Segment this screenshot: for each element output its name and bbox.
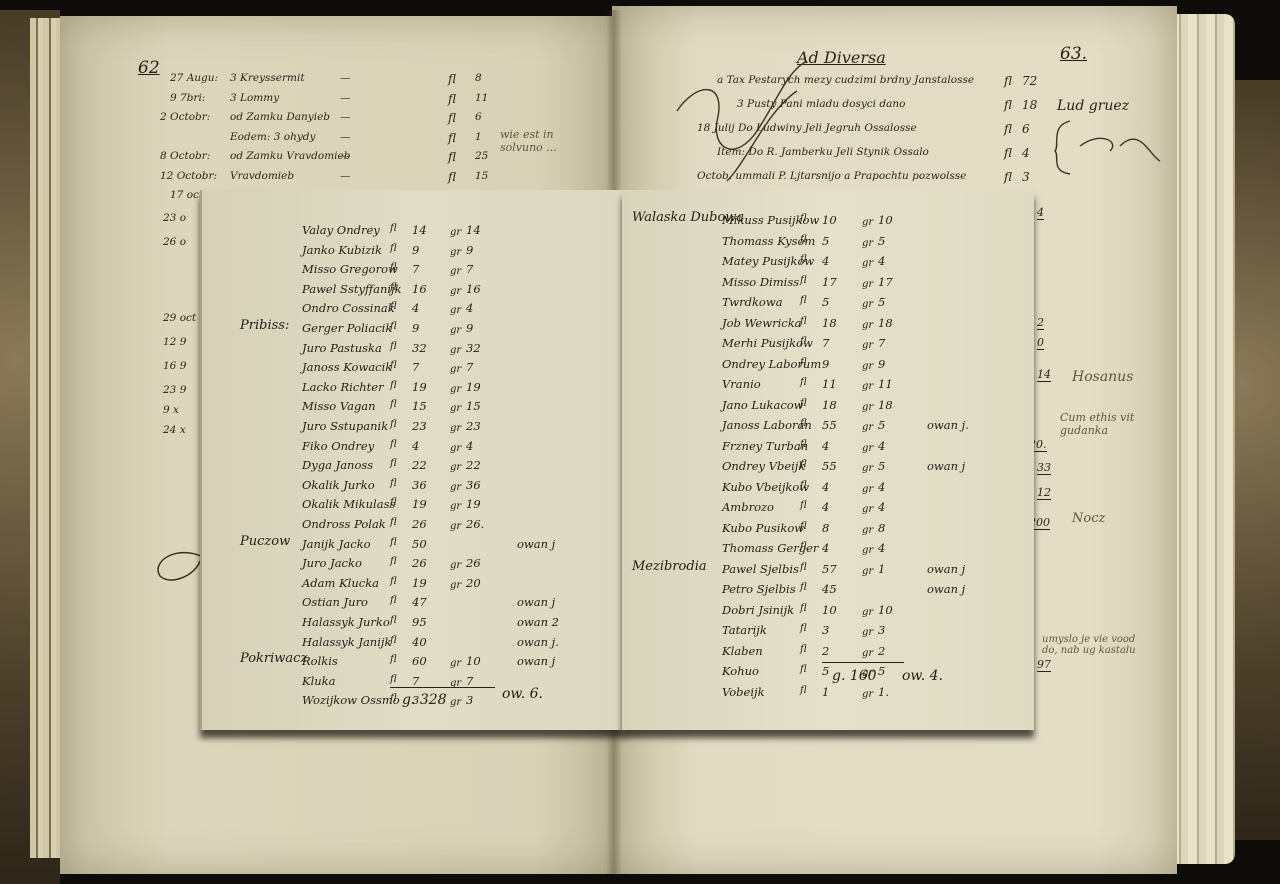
groschen-symbol: gr xyxy=(450,501,461,512)
groschen-symbol: gr xyxy=(862,361,873,372)
ledger-amount: 25 xyxy=(475,150,488,162)
table-row: Misso Vaganfl15gr15 xyxy=(302,399,632,418)
table-row: Lacko Richterfl19gr19 xyxy=(302,380,632,399)
owed-note: owan j. xyxy=(927,418,969,432)
table-row: Juro Pastuskafl32gr32 xyxy=(302,341,632,360)
ledger-text: 18 Julij Do Ludwiny Jeli Jegruh Ossaloss… xyxy=(697,122,917,134)
table-row: Vraniofl11gr11 xyxy=(722,377,1052,396)
groschen-symbol: gr xyxy=(862,627,873,638)
groschen-symbol: gr xyxy=(862,545,873,556)
table-row: Wozijkow Ossmofl3gr3 xyxy=(302,693,632,712)
groschen-symbol: gr xyxy=(862,504,873,515)
groschen-symbol: gr xyxy=(450,423,461,434)
person-name: Juro Jacko xyxy=(302,556,362,570)
person-name: Adam Klucka xyxy=(302,576,379,590)
margin-date: 16 9 xyxy=(163,360,186,372)
florin-symbol: fl xyxy=(390,282,397,293)
florin-amount: 47 xyxy=(412,595,427,609)
groschen-symbol: gr xyxy=(450,658,461,669)
table-row: Klabenfl2gr2 xyxy=(722,644,1052,663)
groschen-amount: 9 xyxy=(466,321,473,335)
groschen-amount: 3 xyxy=(466,693,473,707)
florin-symbol: fl xyxy=(800,644,807,655)
florin-symbol: fl xyxy=(390,693,397,704)
groschen-symbol: gr xyxy=(450,286,461,297)
table-row: Valay Ondreyfl14gr14 xyxy=(302,223,632,242)
florin-amount: 36 xyxy=(412,478,427,492)
florin-symbol: fl xyxy=(800,213,807,224)
florin-amount: 4 xyxy=(822,254,829,268)
ledger-date: 8 Octobr: xyxy=(160,150,210,162)
table-row: Dyga Janossfl22gr22 xyxy=(302,458,632,477)
florin-amount: 9 xyxy=(412,321,419,335)
table-row: Okalik Mikulassfl19gr19 xyxy=(302,497,632,516)
florin-symbol: fl xyxy=(390,380,397,391)
table-row: Twrdkowafl5gr5 xyxy=(722,295,1052,314)
florin-amount: 4 xyxy=(412,439,419,453)
person-name: Klaben xyxy=(722,644,763,658)
groschen-symbol: gr xyxy=(862,463,873,474)
groschen-amount: 36 xyxy=(466,478,481,492)
owed-note: owan j. xyxy=(517,635,559,649)
florin-symbol: fl xyxy=(1004,170,1012,184)
table-row: Pawel Sstyffanijkfl16gr16 xyxy=(302,282,632,301)
table-row: Mikuss Pusijkowfl10gr10 xyxy=(722,213,1052,232)
groschen-symbol: gr xyxy=(862,607,873,618)
florin-amount: 4 xyxy=(822,480,829,494)
table-row: Janoss Kowacikfl7gr7 xyxy=(302,360,632,379)
florin-amount: 8 xyxy=(822,521,829,535)
margin-date: 24 x xyxy=(163,424,186,436)
owed-note: owan j xyxy=(517,595,555,609)
groschen-amount: 10 xyxy=(878,213,893,227)
ledger-amount: 6 xyxy=(475,111,482,123)
person-name: Job Wewricka xyxy=(722,316,802,330)
florin-symbol: fl xyxy=(390,615,397,626)
person-name: Kubo Pusikow xyxy=(722,521,804,535)
florin-amount: 14 xyxy=(412,223,427,237)
groschen-symbol: gr xyxy=(450,384,461,395)
groschen-amount: 14 xyxy=(466,223,481,237)
groschen-amount: 32 xyxy=(466,341,481,355)
groschen-symbol: gr xyxy=(450,462,461,473)
groschen-amount: 1 xyxy=(878,562,885,576)
groschen-symbol: gr xyxy=(450,560,461,571)
insert-left-total: g. 328 xyxy=(402,692,447,708)
table-row: Halassyk Janijkfl40owan j. xyxy=(302,635,632,654)
groschen-symbol: gr xyxy=(450,266,461,277)
person-name: Rolkis xyxy=(302,654,338,668)
groschen-amount: 8 xyxy=(878,521,885,535)
groschen-amount: 4 xyxy=(878,439,885,453)
groschen-amount: 10 xyxy=(466,654,481,668)
florin-symbol: fl xyxy=(800,234,807,245)
groschen-symbol: gr xyxy=(862,525,873,536)
groschen-amount: 4 xyxy=(466,439,473,453)
right-margin-note: Lud gruez xyxy=(1057,98,1129,114)
florin-amount: 1 xyxy=(822,685,829,699)
groschen-amount: 22 xyxy=(466,458,481,472)
ledger-text: 3 Pusty Pani mladu dosyci dano xyxy=(737,98,905,110)
ledger-text: Octob. ummali P. Ljtarsnijo a Prapochtu … xyxy=(697,170,966,182)
florin-amount: 4 xyxy=(822,500,829,514)
florin-symbol: fl xyxy=(800,418,807,429)
florin-amount: 7 xyxy=(412,674,419,688)
florin-amount: 5 xyxy=(822,664,829,678)
table-row: Misso Dimissfl17gr17 xyxy=(722,275,1052,294)
florin-symbol: fl xyxy=(800,439,807,450)
groschen-amount: 26. xyxy=(466,517,484,531)
table-row: Kohuofl5gr5 xyxy=(722,664,1052,683)
florin-amount: 40 xyxy=(412,635,427,649)
person-name: Kubo Vbeijkow xyxy=(722,480,809,494)
table-row: Petro Sjelbisfl45owan j xyxy=(722,582,1052,601)
florin-amount: 32 xyxy=(412,341,427,355)
florin-symbol: fl xyxy=(390,595,397,606)
section-label: Mezibrodia xyxy=(632,559,707,574)
person-name: Dobri Jsinijk xyxy=(722,603,794,617)
groschen-symbol: gr xyxy=(862,689,873,700)
table-row: Juro Sstupanikfl23gr23 xyxy=(302,419,632,438)
bracket-flourish-icon xyxy=(1050,116,1170,176)
florin-amount: 19 xyxy=(412,497,427,511)
groschen-symbol: gr xyxy=(450,325,461,336)
groschen-symbol: gr xyxy=(862,402,873,413)
florin-amount: 11 xyxy=(822,377,837,391)
groschen-symbol: gr xyxy=(862,484,873,495)
groschen-symbol: gr xyxy=(450,345,461,356)
florin-amount: 26 xyxy=(412,517,427,531)
table-row: Fiko Ondreyfl4gr4 xyxy=(302,439,632,458)
groschen-symbol: gr xyxy=(862,422,873,433)
ledger-amount: 72 xyxy=(1022,74,1037,88)
florin-amount: 57 xyxy=(822,562,837,576)
insert-left-total-note: ow. 6. xyxy=(502,686,543,702)
florin-symbol: fl xyxy=(800,480,807,491)
groschen-symbol: gr xyxy=(862,648,873,659)
florin-amount: 9 xyxy=(412,243,419,257)
florin-amount: 10 xyxy=(822,213,837,227)
groschen-symbol: gr xyxy=(450,580,461,591)
florin-symbol: fl xyxy=(800,357,807,368)
groschen-amount: 18 xyxy=(878,398,893,412)
table-row: Thomass Gergerfl4gr4 xyxy=(722,541,1052,560)
person-name: Dyga Janoss xyxy=(302,458,373,472)
insert-right-total: g. 160 xyxy=(832,668,877,684)
side-note-3: Nocz xyxy=(1072,511,1105,526)
florin-symbol: fl xyxy=(390,301,397,312)
groschen-amount: 5 xyxy=(878,664,885,678)
person-name: Halassyk Jurko xyxy=(302,615,390,629)
left-page-edges xyxy=(30,18,62,858)
florin-symbol: fl xyxy=(390,556,397,567)
person-name: Janoss Laboran xyxy=(722,418,812,432)
owed-note: owan j xyxy=(927,582,965,596)
person-name: Janko Kubizik xyxy=(302,243,382,257)
florin-amount: 2 xyxy=(822,644,829,658)
table-row: Matey Pusijkowfl4gr4 xyxy=(722,254,1052,273)
groschen-amount: 15 xyxy=(466,399,481,413)
table-row: Janoss Laboranfl55gr5owan j. xyxy=(722,418,1052,437)
groschen-amount: 4 xyxy=(878,254,885,268)
florin-symbol: fl xyxy=(800,582,807,593)
person-name: Misso Dimiss xyxy=(722,275,799,289)
ledger-date: 27 Augu: xyxy=(170,72,218,84)
florin-symbol: fl xyxy=(448,92,456,106)
florin-amount: 18 xyxy=(822,398,837,412)
table-row: Ondro Cossinakfl4gr4 xyxy=(302,301,632,320)
table-row: Dobri Jsinijkfl10gr10 xyxy=(722,603,1052,622)
total-rule xyxy=(822,662,904,663)
section-label: Puczow xyxy=(240,534,290,549)
groschen-symbol: gr xyxy=(450,443,461,454)
florin-symbol: fl xyxy=(390,537,397,548)
table-row: Ondrey Vbeijkfl55gr5owan j xyxy=(722,459,1052,478)
florin-symbol: fl xyxy=(390,341,397,352)
groschen-amount: 23 xyxy=(466,419,481,433)
owed-note: owan j xyxy=(517,537,555,551)
florin-symbol: fl xyxy=(390,223,397,234)
person-name: Misso Vagan xyxy=(302,399,376,413)
florin-symbol: fl xyxy=(800,295,807,306)
florin-symbol: fl xyxy=(800,664,807,675)
florin-symbol: fl xyxy=(448,111,456,125)
groschen-amount: 9 xyxy=(878,357,885,371)
ledger-amount: 1 xyxy=(475,131,482,143)
ledger-dashes: — xyxy=(340,131,363,143)
table-row: Misso Gregorowfl7gr7 xyxy=(302,262,632,281)
ledger-amount: 3 xyxy=(1022,170,1030,184)
insert-right-total-note: ow. 4. xyxy=(902,668,943,684)
groschen-amount: 2 xyxy=(878,644,885,658)
person-name: Ostian Juro xyxy=(302,595,368,609)
groschen-amount: 4 xyxy=(466,301,473,315)
florin-amount: 23 xyxy=(412,419,427,433)
florin-symbol: fl xyxy=(390,576,397,587)
florin-amount: 3 xyxy=(822,623,829,637)
ledger-dashes: — xyxy=(340,111,363,123)
ledger-text: Vravdomieb xyxy=(230,170,294,182)
person-name: Valay Ondrey xyxy=(302,223,380,237)
florin-symbol: fl xyxy=(1004,98,1012,112)
table-row: Merhi Pusijkowfl7gr7 xyxy=(722,336,1052,355)
florin-symbol: fl xyxy=(390,439,397,450)
florin-symbol: fl xyxy=(390,635,397,646)
margin-date: 26 o xyxy=(163,236,186,248)
ledger-date: 9 7bri: xyxy=(170,92,205,104)
right-page-edges xyxy=(1170,14,1235,864)
owed-note: owan j xyxy=(517,654,555,668)
owed-note: owan 2 xyxy=(517,615,559,629)
table-row: Ondross Polakfl26gr26. xyxy=(302,517,632,536)
florin-amount: 18 xyxy=(822,316,837,330)
table-row: Gerger Poliacikfl9gr9 xyxy=(302,321,632,340)
person-name: Okalik Mikulass xyxy=(302,497,395,511)
florin-amount: 7 xyxy=(822,336,829,350)
table-row: Vobeijkfl1gr1. xyxy=(722,685,1052,704)
groschen-symbol: gr xyxy=(450,482,461,493)
person-name: Jano Lukacow xyxy=(722,398,804,412)
florin-symbol: fl xyxy=(448,72,456,86)
person-name: Twrdkowa xyxy=(722,295,783,309)
florin-amount: 5 xyxy=(822,295,829,309)
florin-symbol: fl xyxy=(800,459,807,470)
groschen-symbol: gr xyxy=(450,697,461,708)
table-row: Tatarijkfl3gr3 xyxy=(722,623,1052,642)
groschen-amount: 3 xyxy=(878,623,885,637)
table-row: Okalik Jurkofl36gr36 xyxy=(302,478,632,497)
groschen-symbol: gr xyxy=(450,247,461,258)
person-name: Ondro Cossinak xyxy=(302,301,395,315)
groschen-symbol: gr xyxy=(450,227,461,238)
florin-symbol: fl xyxy=(800,398,807,409)
table-row: Janijk Jackofl50owan j xyxy=(302,537,632,556)
table-row: Frzney Turbanfl4gr4 xyxy=(722,439,1052,458)
florin-amount: 19 xyxy=(412,576,427,590)
florin-amount: 50 xyxy=(412,537,427,551)
insert-sheet-left: Valay Ondreyfl14gr14Janko Kubizikfl9gr9M… xyxy=(200,190,624,730)
ledger-amount: 4 xyxy=(1022,146,1030,160)
ledger-amount: 18 xyxy=(1022,98,1037,112)
florin-amount: 95 xyxy=(412,615,427,629)
groschen-amount: 1. xyxy=(878,685,889,699)
ledger-text: Eodem: 3 ohydy xyxy=(230,131,315,143)
person-name: Petro Sjelbis xyxy=(722,582,796,596)
florin-amount: 16 xyxy=(412,282,427,296)
florin-symbol: fl xyxy=(390,360,397,371)
ledger-amount: 6 xyxy=(1022,122,1030,136)
margin-date: 23 9 xyxy=(163,384,186,396)
insert-sheet-right: Walaska DubowaMikuss Pusijkowfl10gr10Tho… xyxy=(622,190,1034,730)
groschen-amount: 5 xyxy=(878,295,885,309)
person-name: Kohuo xyxy=(722,664,759,678)
florin-symbol: fl xyxy=(800,377,807,388)
section-label: Pribiss: xyxy=(240,318,289,333)
person-name: Ondrey Vbeijk xyxy=(722,459,805,473)
ledger-date: 12 Octobr: xyxy=(160,170,217,182)
florin-symbol: fl xyxy=(390,517,397,528)
florin-symbol: fl xyxy=(448,131,456,145)
groschen-symbol: gr xyxy=(450,305,461,316)
table-row: Juro Jackofl26gr26 xyxy=(302,556,632,575)
person-name: Fiko Ondrey xyxy=(302,439,374,453)
groschen-amount: 7 xyxy=(466,674,473,688)
groschen-symbol: gr xyxy=(862,340,873,351)
groschen-symbol: gr xyxy=(450,403,461,414)
florin-symbol: fl xyxy=(800,562,807,573)
florin-symbol: fl xyxy=(390,262,397,273)
florin-amount: 19 xyxy=(412,380,427,394)
person-name: Juro Sstupanik xyxy=(302,419,388,433)
florin-symbol: fl xyxy=(800,316,807,327)
ledger-date: 2 Octobr: xyxy=(160,111,210,123)
florin-symbol: fl xyxy=(1004,146,1012,160)
florin-amount: 9 xyxy=(822,357,829,371)
person-name: Vranio xyxy=(722,377,761,391)
person-name: Frzney Turban xyxy=(722,439,808,453)
florin-symbol: fl xyxy=(448,170,456,184)
table-row: Adam Kluckafl19gr20 xyxy=(302,576,632,595)
groschen-amount: 9 xyxy=(466,243,473,257)
ledger-dashes: — xyxy=(340,170,363,182)
groschen-symbol: gr xyxy=(862,279,873,290)
table-row: Rolkisfl60gr10owan j xyxy=(302,654,632,673)
florin-amount: 17 xyxy=(822,275,837,289)
florin-amount: 4 xyxy=(822,439,829,453)
person-name: Lacko Richter xyxy=(302,380,384,394)
groschen-amount: 7 xyxy=(466,360,473,374)
margin-date: 23 o xyxy=(163,212,186,224)
florin-amount: 10 xyxy=(822,603,837,617)
florin-symbol: fl xyxy=(1004,122,1012,136)
florin-symbol: fl xyxy=(390,497,397,508)
groschen-amount: 26 xyxy=(466,556,481,570)
person-name: Halassyk Janijk xyxy=(302,635,391,649)
florin-symbol: fl xyxy=(390,458,397,469)
florin-amount: 55 xyxy=(822,418,837,432)
florin-symbol: fl xyxy=(390,478,397,489)
florin-symbol: fl xyxy=(390,674,397,685)
table-row: Ondrey Laborumfl9gr9 xyxy=(722,357,1052,376)
ledger-text: 3 Kreyssermit xyxy=(230,72,305,84)
person-name: Pawel Sjelbis xyxy=(722,562,799,576)
side-note-2: Cum ethis vit gudanka xyxy=(1060,411,1140,437)
florin-amount: 7 xyxy=(412,360,419,374)
table-row: Jano Lukacowfl18gr18 xyxy=(722,398,1052,417)
table-row: Kubo Pusikowfl8gr8 xyxy=(722,521,1052,540)
ledger-amount: 11 xyxy=(475,92,488,104)
florin-symbol: fl xyxy=(800,254,807,265)
florin-symbol: fl xyxy=(390,654,397,665)
groschen-amount: 4 xyxy=(878,541,885,555)
groschen-symbol: gr xyxy=(862,238,873,249)
person-name: Kluka xyxy=(302,674,336,688)
table-row: Pawel Sjelbisfl57gr1owan j xyxy=(722,562,1052,581)
groschen-amount: 5 xyxy=(878,418,885,432)
florin-symbol: fl xyxy=(800,500,807,511)
person-name: Pawel Sstyffanijk xyxy=(302,282,402,296)
table-row: Thomass Kysomfl5gr5 xyxy=(722,234,1052,253)
person-name: Vobeijk xyxy=(722,685,765,699)
florin-amount: 55 xyxy=(822,459,837,473)
right-page-number: 63. xyxy=(1060,44,1087,64)
florin-amount: 7 xyxy=(412,262,419,276)
side-note-4: umyslo je vie vood do, nab ug kastalu xyxy=(1042,634,1152,656)
person-name: Janoss Kowacik xyxy=(302,360,392,374)
florin-symbol: fl xyxy=(800,521,807,532)
person-name: Misso Gregorow xyxy=(302,262,398,276)
ledger-text: od Zamku Vravdomieb xyxy=(230,150,350,162)
florin-amount: 15 xyxy=(412,399,427,413)
owed-note: owan j xyxy=(927,459,965,473)
person-name: Janijk Jacko xyxy=(302,537,371,551)
groschen-amount: 7 xyxy=(466,262,473,276)
owed-note: owan j xyxy=(927,562,965,576)
groschen-amount: 7 xyxy=(878,336,885,350)
total-rule xyxy=(390,687,495,688)
ledger-text: od Zamku Danyieb xyxy=(230,111,330,123)
groschen-symbol: gr xyxy=(862,566,873,577)
florin-symbol: fl xyxy=(800,623,807,634)
florin-amount: 4 xyxy=(412,301,419,315)
florin-symbol: fl xyxy=(800,336,807,347)
table-row: Klukafl7gr7 xyxy=(302,674,632,693)
florin-symbol: fl xyxy=(448,150,456,164)
groschen-amount: 5 xyxy=(878,234,885,248)
groschen-symbol: gr xyxy=(862,320,873,331)
florin-amount: 26 xyxy=(412,556,427,570)
florin-symbol: fl xyxy=(800,685,807,696)
